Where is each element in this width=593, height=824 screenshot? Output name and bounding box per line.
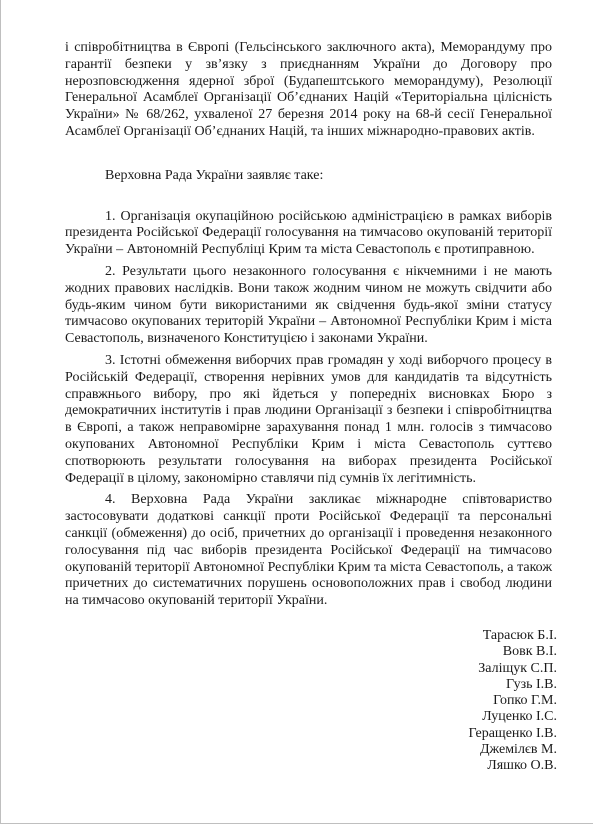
declaration-lead: Верховна Рада України заявляє таке: [65,168,552,185]
signatory-name: Геращенко І.В. [65,726,557,742]
signatory-name: Вовк В.І. [65,644,557,660]
signatory-name: Джемілєв М. [65,742,557,758]
signatory-name: Гопко Г.М. [65,693,557,709]
signatory-name: Луценко І.С. [65,709,557,725]
signatory-name: Заліщук С.П. [65,661,557,677]
document-page: і співробітництва в Європі (Гельсінськог… [0,0,593,824]
resolution-item-2: 2. Результати цього незаконного голосува… [65,264,552,348]
resolution-item-1: 1. Організація окупаційною російською ад… [65,209,552,259]
resolution-item-3: 3. Істотні обмеження виборчих прав грома… [65,353,552,487]
signatories-block: Тарасюк Б.І. Вовк В.І. Заліщук С.П. Гузь… [65,628,557,775]
signatory-name: Гузь І.В. [65,677,557,693]
paragraph-continuation: і співробітництва в Європі (Гельсінськог… [65,40,552,141]
signatory-name: Ляшко О.В. [65,758,557,774]
document-body: і співробітництва в Європі (Гельсінськог… [65,40,552,775]
signatory-name: Тарасюк Б.І. [65,628,557,644]
resolution-item-4: 4. Верховна Рада України закликає міжнар… [65,492,552,610]
